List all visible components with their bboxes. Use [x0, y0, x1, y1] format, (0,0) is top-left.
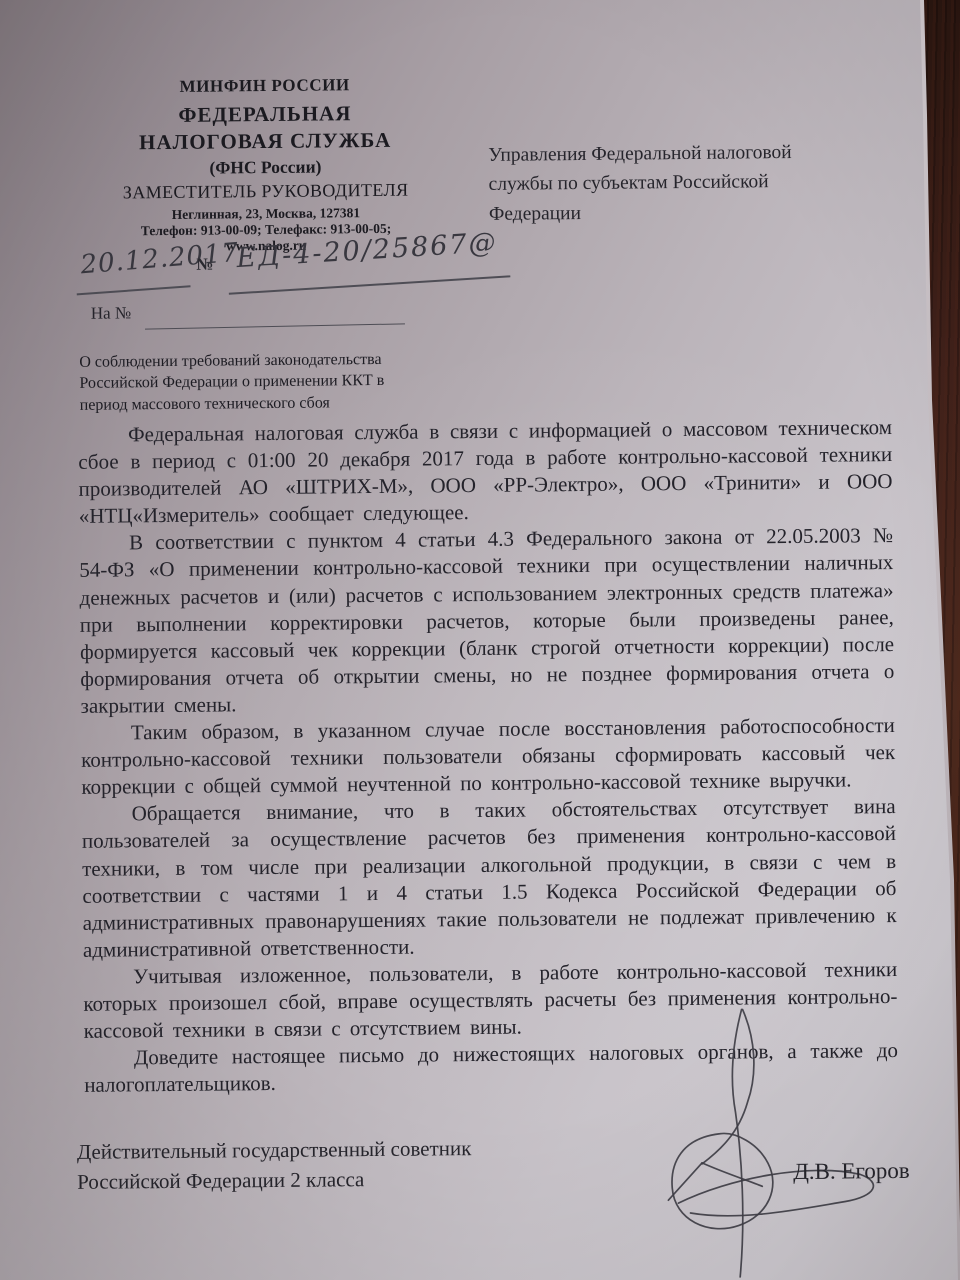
- service-abbreviation: (ФНС России): [65, 155, 465, 180]
- signature-flourish: [618, 996, 921, 1279]
- document-paragraph: Обращается внимание, что в таких обстоят…: [82, 793, 898, 963]
- signer-title-line2: Российской Федерации 2 класса: [77, 1163, 472, 1197]
- letterhead: МИНФИН РОССИИ ФЕДЕРАЛЬНАЯ НАЛОГОВАЯ СЛУЖ…: [65, 74, 467, 256]
- subject-block: О соблюдении требований законодательства…: [79, 349, 418, 416]
- reply-reference-label: На №: [91, 303, 131, 323]
- signer-title: Действительный государственный советник …: [77, 1133, 472, 1197]
- reply-reference-underline: [145, 323, 405, 329]
- addressee-block: Управления Федеральной налоговой службы …: [488, 138, 829, 229]
- number-sign: №: [196, 255, 213, 275]
- service-name-line1: ФЕДЕРАЛЬНАЯ: [65, 100, 465, 129]
- signer-name: Д.В. Егоров: [793, 1158, 910, 1185]
- letter-content: МИНФИН РОССИИ ФЕДЕРАЛЬНАЯ НАЛОГОВАЯ СЛУЖ…: [0, 0, 960, 1280]
- official-position: ЗАМЕСТИТЕЛЬ РУКОВОДИТЕЛЯ: [66, 179, 466, 204]
- document-paragraph: В соответствии с пунктом 4 статьи 4.3 Фе…: [79, 522, 895, 719]
- number-underline: [229, 275, 511, 294]
- document-paragraph: Федеральная налоговая служба в связи с и…: [78, 414, 893, 530]
- service-name-line2: НАЛОГОВАЯ СЛУЖБА: [65, 127, 465, 156]
- date-underline: [77, 285, 191, 295]
- ministry-name: МИНФИН РОССИИ: [65, 74, 465, 98]
- document-paragraph: Таким образом, в указанном случае после …: [81, 712, 896, 801]
- signer-title-line1: Действительный государственный советник: [77, 1133, 472, 1167]
